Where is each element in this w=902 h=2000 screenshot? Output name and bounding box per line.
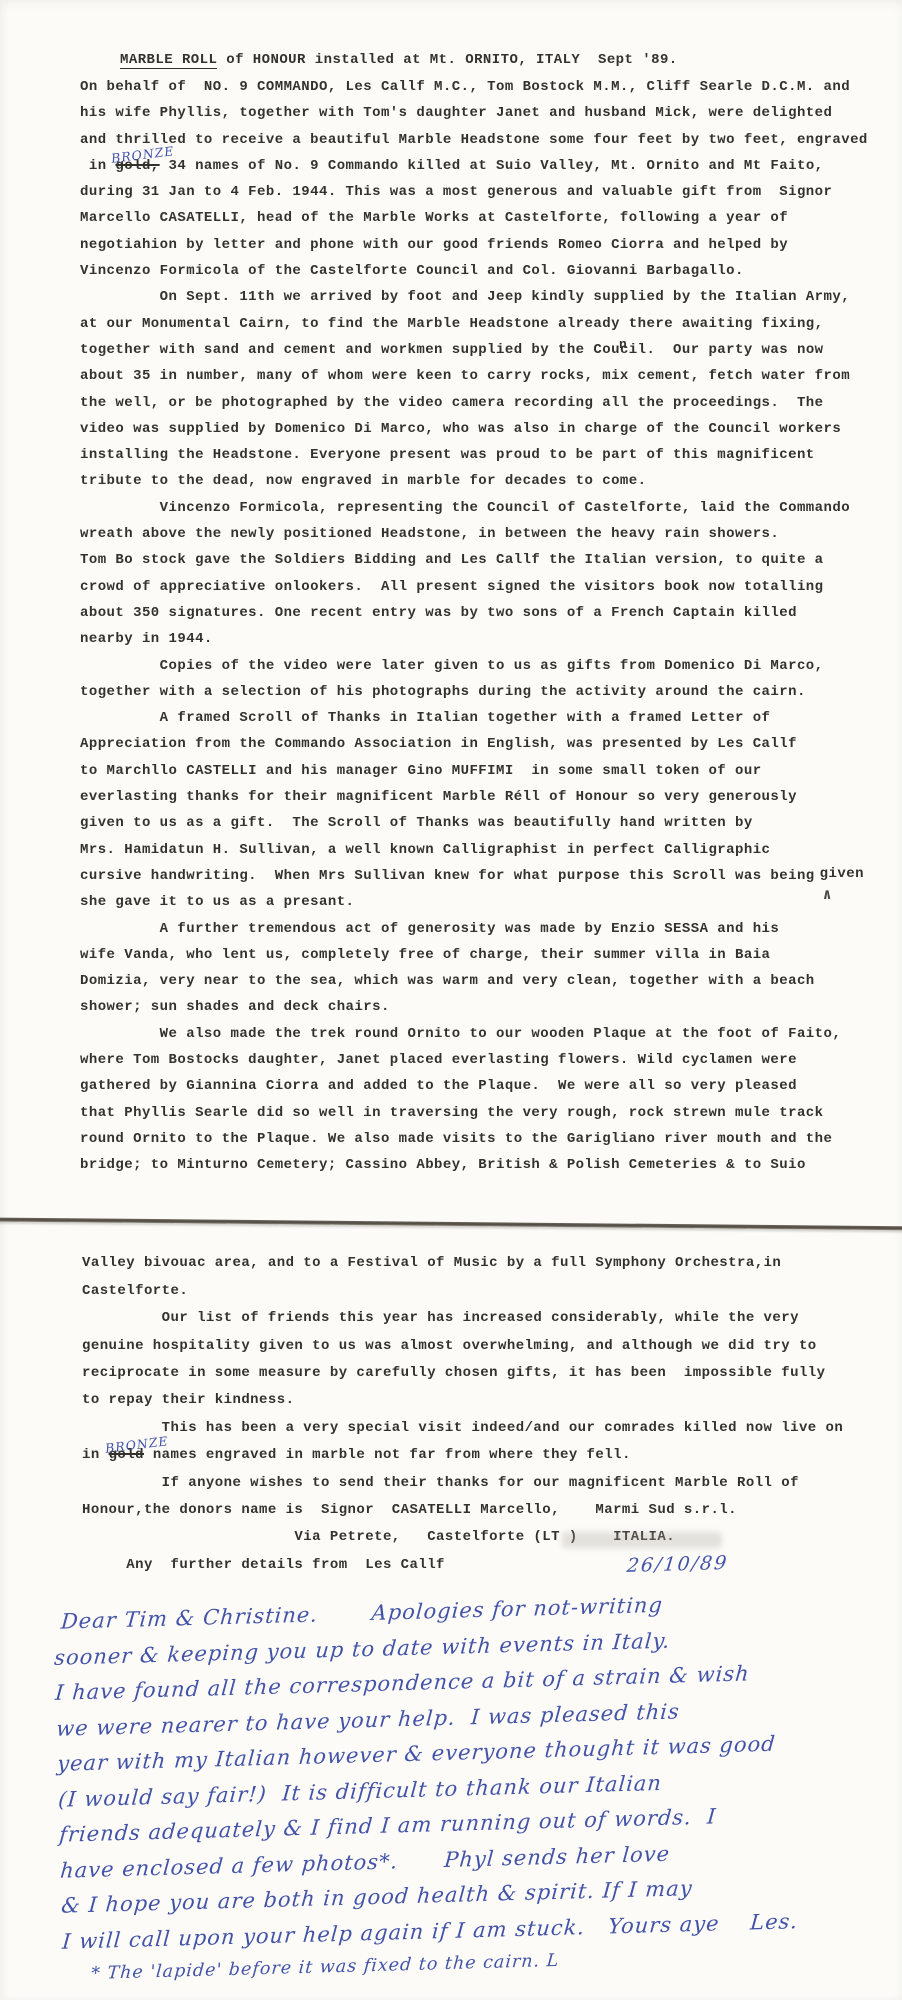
typed-line: Castelforte. — [82, 1278, 902, 1305]
typed-line: Valley bivouac area, and to a Festival o… — [82, 1250, 902, 1277]
typed-line: On behalf of NO. 9 COMMANDO, Les Callf M… — [80, 74, 902, 100]
typed-line: Domizia, very near to the sea, which was… — [80, 968, 902, 994]
typed-line: Our list of friends this year has increa… — [82, 1305, 902, 1332]
typed-line: Honour,the donors name is Signor CASATEL… — [82, 1497, 902, 1524]
typed-line: everlasting thanks for their magnificent… — [80, 784, 902, 810]
typed-line: cursive handwriting. When Mrs Sullivan k… — [80, 863, 902, 889]
typed-line: We also made the trek round Ornito to ou… — [80, 1021, 902, 1047]
typed-line: If anyone wishes to send their thanks fo… — [82, 1470, 902, 1497]
typed-line: Vincenzo Formicola of the Castelforte Co… — [80, 258, 902, 284]
typed-line: This has been a very special visit indee… — [82, 1415, 902, 1442]
typed-line: nearby in 1944. — [80, 626, 902, 652]
typed-line: On Sept. 11th we arrived by foot and Jee… — [80, 284, 902, 310]
handwritten-date: 26/10/89 — [625, 1552, 729, 1577]
typed-line: installing the Headstone. Everyone prese… — [80, 442, 902, 468]
typed-line: about 350 signatures. One recent entry w… — [80, 600, 902, 626]
title-underlined-part: MARBLE ROLL — [120, 52, 217, 69]
typed-line: in gold,BRONZE 34 names of No. 9 Command… — [80, 153, 902, 179]
typed-line: A framed Scroll of Thanks in Italian tog… — [80, 705, 902, 731]
typed-line: video was supplied by Domenico Di Marco,… — [80, 416, 902, 442]
typed-line: crowd of appreciative onlookers. All pre… — [80, 574, 902, 600]
typed-line: she gave it to us as a presant. — [80, 889, 902, 915]
typed-line: Via Petrete, Castelforte (LT ) ITALIA. — [82, 1524, 902, 1551]
handwritten-lines: Dear Tim & Christine. Apologies for not-… — [53, 1581, 902, 1959]
typed-line: in goldBRONZE names engraved in marble n… — [82, 1442, 902, 1469]
document-title: MARBLE ROLL of HONOUR installed at Mt. O… — [120, 46, 902, 74]
typed-page-1: MARBLE ROLL of HONOUR installed at Mt. O… — [0, 0, 902, 1178]
typed-line: Vincenzo Formicola, representing the Cou… — [80, 495, 902, 521]
inserted-letter: n — [619, 332, 627, 358]
typed-line: A further tremendous act of generosity w… — [80, 916, 902, 942]
typed-line: Mrs. Hamidatun H. Sullivan, a well known… — [80, 837, 902, 863]
typed-page-2: Valley bivouac area, and to a Festival o… — [0, 1226, 902, 1579]
typed-line: to Marchllo CASTELLI and his manager Gin… — [80, 758, 902, 784]
typed-line: and thrilled to receive a beautiful Marb… — [80, 127, 902, 153]
typed-line: round Ornito to the Plaque. We also made… — [80, 1126, 902, 1152]
handwritten-note: 26/10/89 Dear Tim & Christine. Apologies… — [53, 1581, 902, 1989]
typed-text: in — [80, 158, 115, 174]
typed-line: reciprocate in some measure by carefully… — [82, 1360, 902, 1387]
typed-line: wife Vanda, who lent us, completely free… — [80, 942, 902, 968]
typed-line: the well, or be photographed by the vide… — [80, 390, 902, 416]
typed-line: Appreciation from the Commando Associati… — [80, 731, 902, 757]
typed-line: given to us as a gift. The Scroll of Tha… — [80, 810, 902, 836]
typed-line: Marcello CASATELLI, head of the Marble W… — [80, 205, 902, 231]
typed-line: Copies of the video were later given to … — [80, 653, 902, 679]
correction-wrap: goldBRONZE — [109, 1447, 144, 1463]
typed-line: shower; sun shades and deck chairs. — [80, 994, 902, 1020]
title-rest: of HONOUR installed at Mt. ORNITO, ITALY… — [217, 52, 677, 68]
typed-line: where Tom Bostocks daughter, Janet place… — [80, 1047, 902, 1073]
typed-line: about 35 in number, many of whom were ke… — [80, 363, 902, 389]
typed-line: at our Monumental Cairn, to find the Mar… — [80, 311, 902, 337]
typed-line: gathered by Giannina Ciorra and added to… — [80, 1073, 902, 1099]
typed-line: during 31 Jan to 4 Feb. 1944. This was a… — [80, 179, 902, 205]
typed-line: Any further details from Les Callf — [82, 1552, 902, 1579]
typed-text: cursive handwriting. When Mrs Sullivan k… — [80, 868, 815, 884]
typed-text: cil. Our party was now — [620, 342, 824, 358]
typed-line: genuine hospitality given to us was almo… — [82, 1333, 902, 1360]
typed-line: bridge; to Minturno Cemetery; Cassino Ab… — [80, 1152, 902, 1178]
typed-line: Tom Bo stock gave the Soldiers Bidding a… — [80, 547, 902, 573]
erased-text-smudge — [562, 1532, 722, 1548]
typed-line: together with sand and cement and workme… — [80, 337, 902, 363]
typed-line: that Phyllis Searle did so well in trave… — [80, 1100, 902, 1126]
typed-line: his wife Phyllis, together with Tom's da… — [80, 100, 902, 126]
scanned-letter: MARBLE ROLL of HONOUR installed at Mt. O… — [0, 0, 902, 2000]
correction-wrap: gold,BRONZE — [115, 158, 159, 174]
typed-line: negotiahion by letter and phone with our… — [80, 232, 902, 258]
typed-line: wreath above the newly positioned Headst… — [80, 521, 902, 547]
typed-text: 34 names of No. 9 Commando killed at Sui… — [160, 158, 824, 174]
typed-line: to repay their kindness. — [82, 1387, 902, 1414]
typed-lines-page1: On behalf of NO. 9 COMMANDO, Les Callf M… — [80, 74, 902, 1178]
typed-text: together with sand and cement and workme… — [80, 342, 620, 358]
typed-lines-page2: Valley bivouac area, and to a Festival o… — [82, 1250, 902, 1579]
typed-line: together with a selection of his photogr… — [80, 679, 902, 705]
typed-line: tribute to the dead, now engraved in mar… — [80, 468, 902, 494]
typed-text: names engraved in marble not far from wh… — [144, 1447, 631, 1463]
